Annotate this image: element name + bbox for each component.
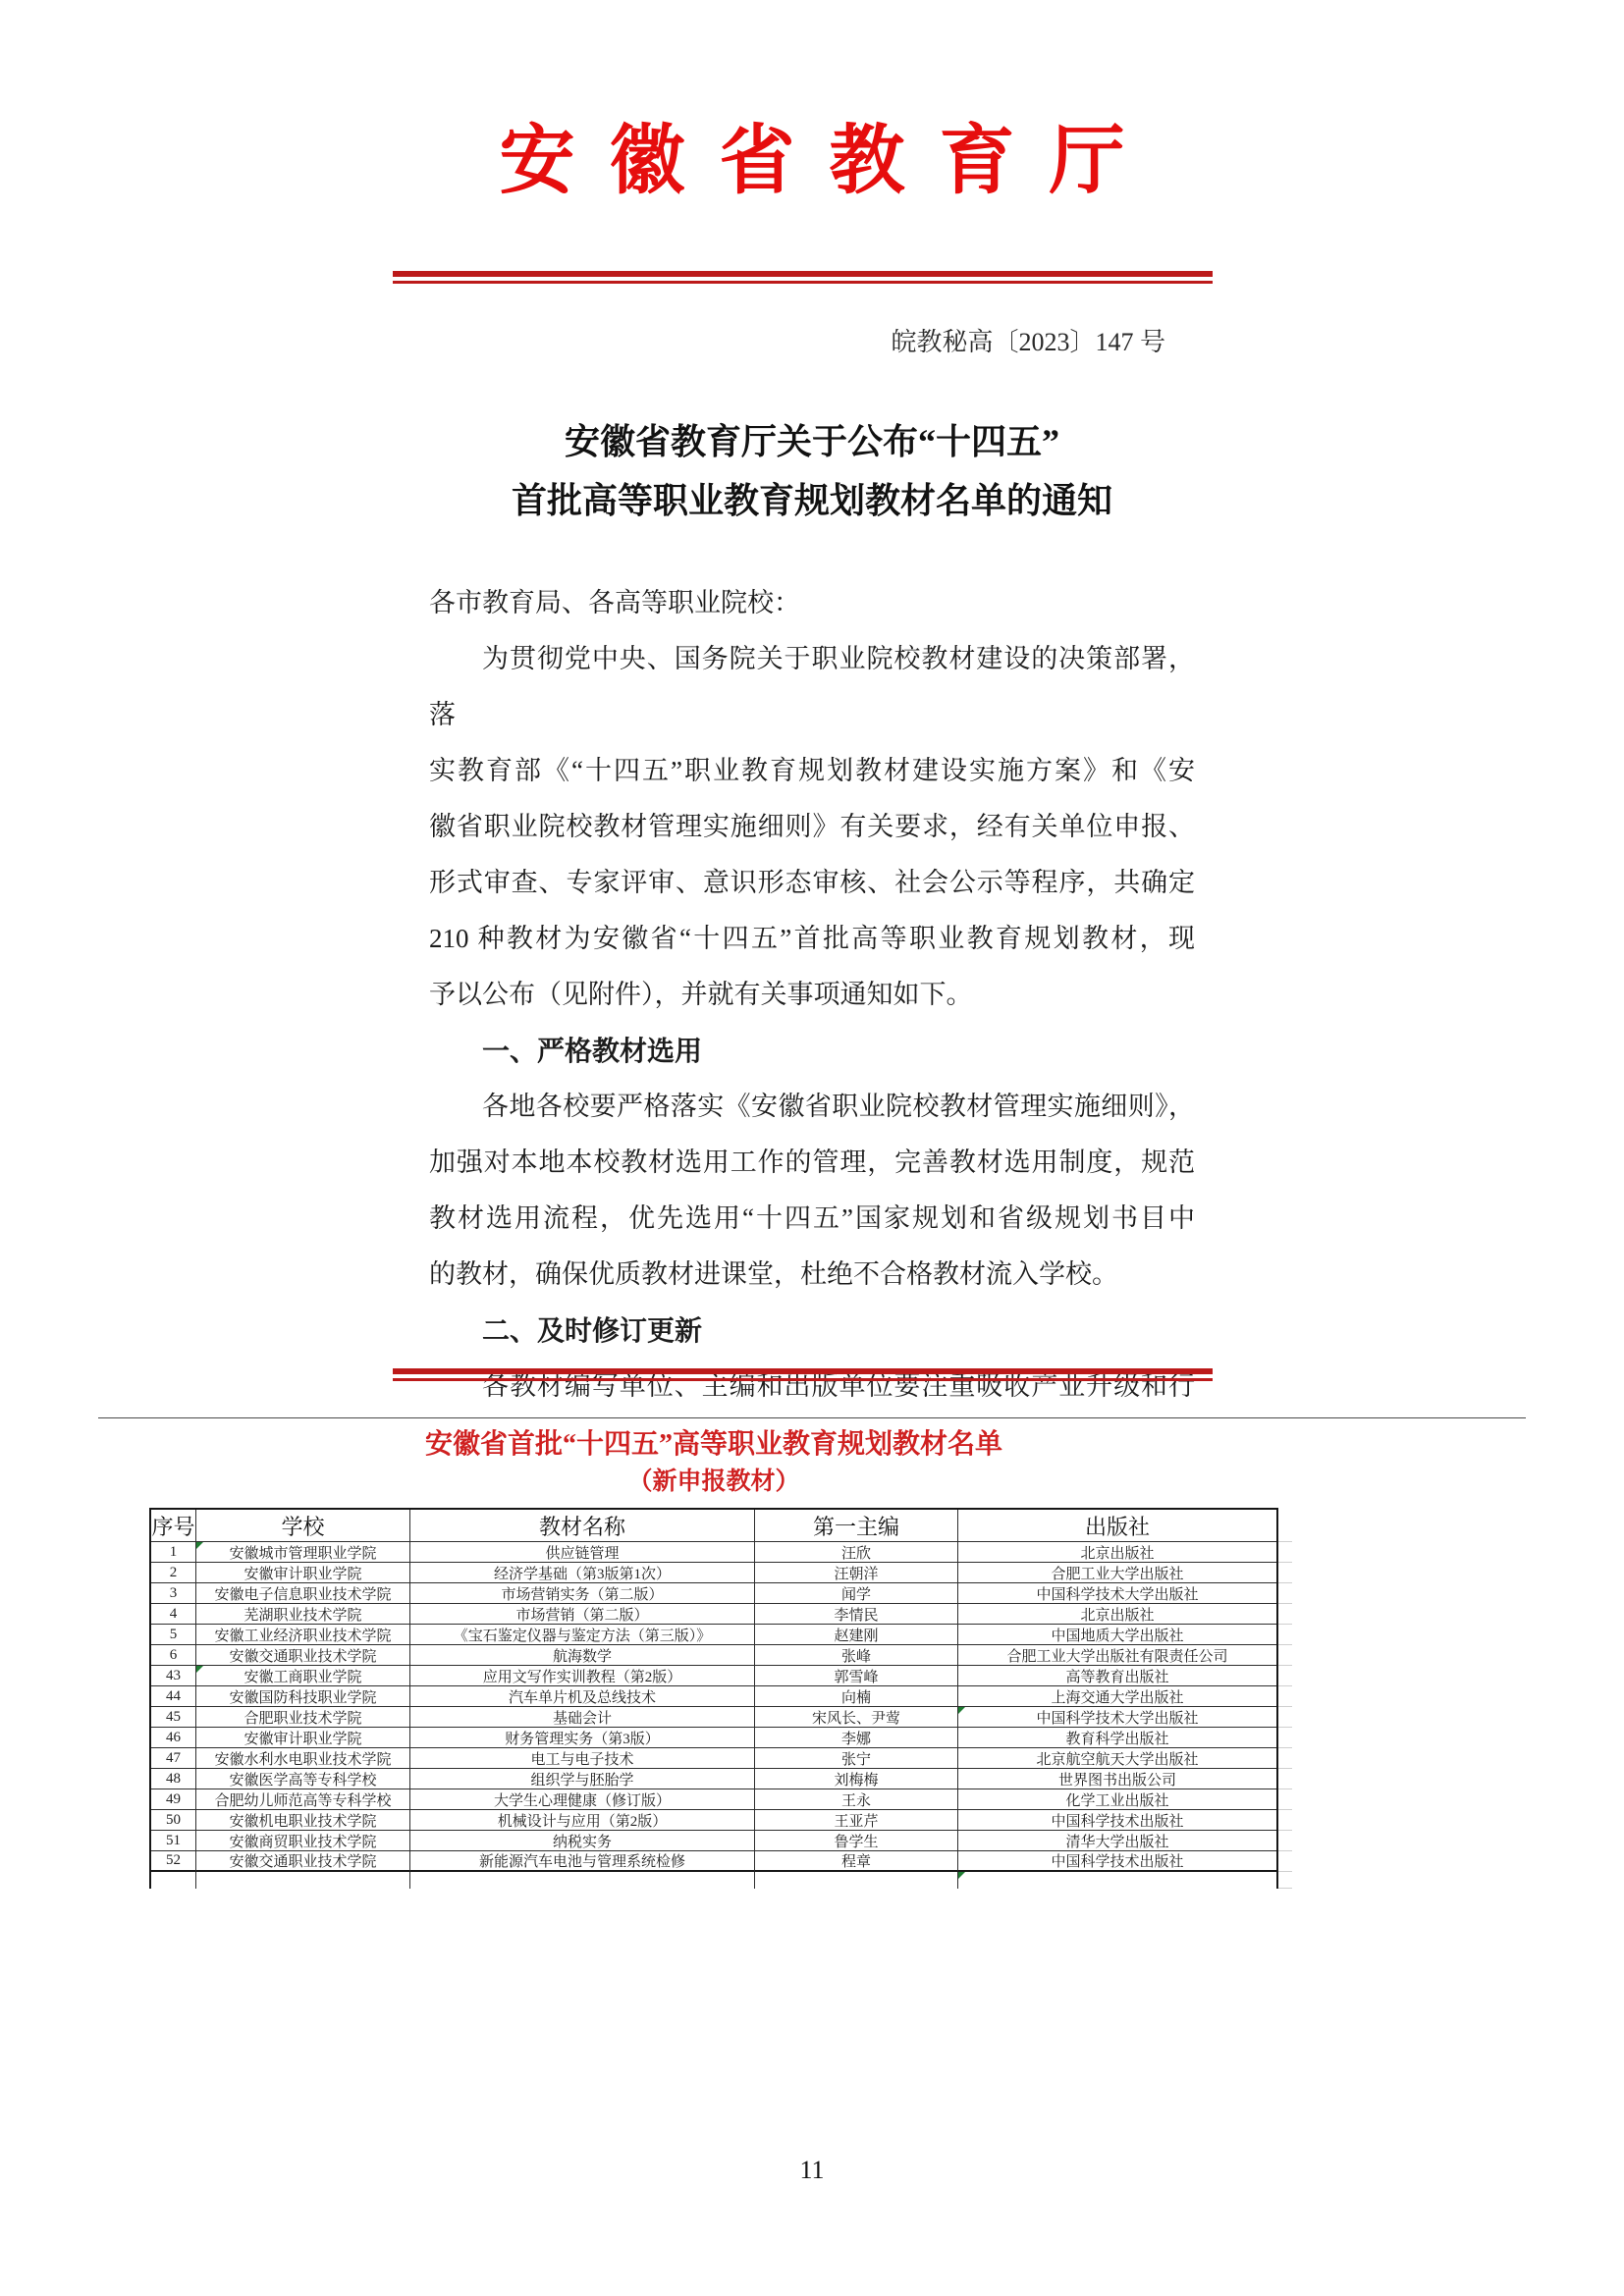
cell-school: 安徽水利水电职业技术学院 [196, 1748, 410, 1769]
cell-editor: 宋风长、尹莺 [755, 1707, 958, 1728]
cell-editor: 向楠 [755, 1686, 958, 1707]
table-row: 46安徽审计职业学院财务管理实务（第3版）李娜教育科学出版社 [151, 1728, 1292, 1748]
cell-publisher: 高等教育出版社 [958, 1666, 1276, 1686]
table-row: 50安徽机电职业技术学院机械设计与应用（第2版）王亚芹中国科学技术出版社 [151, 1810, 1292, 1831]
ghost-gridline-tick [1278, 1870, 1292, 1872]
cell-book: 教材名称 [410, 1510, 755, 1542]
cell-no: 序号 [151, 1510, 196, 1542]
cell-book: 市场营销（第二版） [410, 1604, 755, 1625]
cell-publisher [958, 1872, 1276, 1889]
cell-publisher: 教育科学出版社 [958, 1728, 1276, 1748]
cell-no: 4 [151, 1604, 196, 1625]
table-row: 2安徽审计职业学院经济学基础（第3版第1次）汪朝洋合肥工业大学出版社 [151, 1563, 1292, 1583]
table-row: 52安徽交通职业技术学院新能源汽车电池与管理系统检修程章中国科学技术出版社 [151, 1851, 1292, 1872]
cell-publisher: 出版社 [958, 1510, 1276, 1542]
letter-body: 各市教育局、各高等职业院校：为贯彻党中央、国务院关于职业院校教材建设的决策部署，… [429, 575, 1195, 1415]
body-line: 的教材，确保优质教材进课堂，杜绝不合格教材流入学校。 [429, 1247, 1195, 1303]
cell-book: 应用文写作实训教程（第2版） [410, 1666, 755, 1686]
cell-publisher: 中国科学技术出版社 [958, 1851, 1276, 1872]
cell-book: 基础会计 [410, 1707, 755, 1728]
cell-no: 6 [151, 1645, 196, 1666]
cell-school: 安徽医学高等专科学校 [196, 1769, 410, 1789]
table-row: 3安徽电子信息职业技术学院市场营销实务（第二版）闻学中国科学技术大学出版社 [151, 1583, 1292, 1604]
section-heading: 二、及时修订更新 [429, 1303, 1195, 1359]
table-row: 5安徽工业经济职业技术学院《宝石鉴定仪器与鉴定方法（第三版）》赵建刚中国地质大学… [151, 1625, 1292, 1645]
body-line: 加强对本地本校教材选用工作的管理，完善教材选用制度，规范 [429, 1135, 1195, 1191]
cell-book: 纳税实务 [410, 1831, 755, 1851]
cell-editor: 刘梅梅 [755, 1769, 958, 1789]
cell-school: 安徽交通职业技术学院 [196, 1851, 410, 1872]
cell-book [410, 1872, 755, 1889]
cell-no: 50 [151, 1810, 196, 1831]
page-number: 11 [0, 2156, 1624, 2185]
ghost-gridline-tick [1278, 1540, 1292, 1542]
cell-book: 供应链管理 [410, 1542, 755, 1563]
attachment-separator-rule [393, 1368, 1213, 1381]
cell-publisher: 北京航空航天大学出版社 [958, 1748, 1276, 1769]
cell-school: 安徽电子信息职业技术学院 [196, 1583, 410, 1604]
cell-no [151, 1872, 196, 1889]
cell-school: 安徽审计职业学院 [196, 1728, 410, 1748]
table-row: 51安徽商贸职业技术学院纳税实务鲁学生清华大学出版社 [151, 1831, 1292, 1851]
table-row: 4芜湖职业技术学院市场营销（第二版）李情民北京出版社 [151, 1604, 1292, 1625]
table-row: 43安徽工商职业学院应用文写作实训教程（第2版）郭雪峰高等教育出版社 [151, 1666, 1292, 1686]
cell-publisher: 上海交通大学出版社 [958, 1686, 1276, 1707]
table-row-partial [151, 1872, 1292, 1889]
notice-title-line2: 首批高等职业教育规划教材名单的通知 [0, 471, 1624, 530]
cell-book: 航海数学 [410, 1645, 755, 1666]
cell-no: 45 [151, 1707, 196, 1728]
cell-no: 47 [151, 1748, 196, 1769]
cell-publisher: 中国科学技术大学出版社 [958, 1583, 1276, 1604]
cell-publisher: 中国地质大学出版社 [958, 1625, 1276, 1645]
cell-no: 3 [151, 1583, 196, 1604]
green-corner-marker-icon [196, 1666, 203, 1673]
body-line: 予以公布（见附件），并就有关事项通知如下。 [429, 967, 1195, 1023]
cell-publisher: 中国科学技术大学出版社 [958, 1707, 1276, 1728]
ghost-gridline-tick [1278, 1705, 1292, 1707]
cell-school [196, 1872, 410, 1889]
ghost-gridline-tick [1278, 1887, 1292, 1889]
attachment-top-border [98, 1417, 1526, 1418]
cell-editor: 闻学 [755, 1583, 958, 1604]
cell-school: 合肥幼儿师范高等专科学校 [196, 1789, 410, 1810]
cell-publisher: 合肥工业大学出版社 [958, 1563, 1276, 1583]
green-corner-marker-icon [958, 1707, 965, 1714]
cell-editor: 李情民 [755, 1604, 958, 1625]
cell-book: 电工与电子技术 [410, 1748, 755, 1769]
ghost-gridline-tick [1278, 1829, 1292, 1831]
cell-school: 安徽工商职业学院 [196, 1666, 410, 1686]
cell-school: 学校 [196, 1510, 410, 1542]
ghost-gridline-tick [1278, 1561, 1292, 1563]
notice-title: 安徽省教育厅关于公布“十四五” 首批高等职业教育规划教材名单的通知 [0, 412, 1624, 530]
cell-editor: 张峰 [755, 1645, 958, 1666]
attachment-table-title: 安徽省首批“十四五”高等职业教育规划教材名单 [149, 1425, 1278, 1465]
cell-publisher: 中国科学技术出版社 [958, 1810, 1276, 1831]
cell-editor: 李娜 [755, 1728, 958, 1748]
cell-no: 46 [151, 1728, 196, 1748]
body-line: 各地各校要严格落实《安徽省职业院校教材管理实施细则》， [429, 1079, 1195, 1135]
ghost-gridline-tick [1278, 1684, 1292, 1686]
green-corner-marker-icon [196, 1542, 203, 1549]
cell-book: 新能源汽车电池与管理系统检修 [410, 1851, 755, 1872]
table-row: 48安徽医学高等专科学校组织学与胚胎学刘梅梅世界图书出版公司 [151, 1769, 1292, 1789]
cell-editor: 汪欣 [755, 1542, 958, 1563]
body-line: 为贯彻党中央、国务院关于职业院校教材建设的决策部署，落 [429, 631, 1195, 743]
cell-editor: 赵建刚 [755, 1625, 958, 1645]
ghost-gridline-tick [1278, 1643, 1292, 1645]
cell-no: 44 [151, 1686, 196, 1707]
table-row: 47安徽水利水电职业技术学院电工与电子技术张宁北京航空航天大学出版社 [151, 1748, 1292, 1769]
letterhead-red-rule [393, 271, 1213, 284]
cell-school: 安徽审计职业学院 [196, 1563, 410, 1583]
ghost-gridline-tick [1278, 1581, 1292, 1583]
ghost-gridline-tick [1278, 1808, 1292, 1810]
body-line: 教材选用流程，优先选用“十四五”国家规划和省级规划书目中 [429, 1191, 1195, 1247]
cell-book: 大学生心理健康（修订版） [410, 1789, 755, 1810]
cell-publisher: 世界图书出版公司 [958, 1769, 1276, 1789]
cell-no: 1 [151, 1542, 196, 1563]
cell-school: 安徽商贸职业技术学院 [196, 1831, 410, 1851]
cell-no: 2 [151, 1563, 196, 1583]
cell-no: 5 [151, 1625, 196, 1645]
ghost-gridline-tick [1278, 1602, 1292, 1604]
table-header-row: 序号学校教材名称第一主编出版社 [151, 1510, 1292, 1542]
letterhead-agency-title: 安徽省教育厅 [0, 100, 1624, 209]
notice-title-line1: 安徽省教育厅关于公布“十四五” [0, 412, 1624, 471]
cell-editor: 张宁 [755, 1748, 958, 1769]
cell-editor: 鲁学生 [755, 1831, 958, 1851]
body-line: 各教材编写单位、主编和出版单位要注重吸收产业升级和行 [429, 1359, 1195, 1415]
ghost-gridline-tick [1278, 1726, 1292, 1728]
ghost-gridline-tick [1278, 1849, 1292, 1851]
cell-editor: 汪朝洋 [755, 1563, 958, 1583]
cell-school: 安徽城市管理职业学院 [196, 1542, 410, 1563]
body-line: 形式审查、专家评审、意识形态审核、社会公示等程序，共确定 [429, 855, 1195, 911]
cell-book: 机械设计与应用（第2版） [410, 1810, 755, 1831]
ghost-gridline-tick [1278, 1623, 1292, 1625]
cell-publisher: 清华大学出版社 [958, 1831, 1276, 1851]
attachment-table-subtitle: （新申报教材） [149, 1465, 1278, 1500]
cell-book: 经济学基础（第3版第1次） [410, 1563, 755, 1583]
salutation: 各市教育局、各高等职业院校： [429, 575, 1195, 631]
cell-publisher: 化学工业出版社 [958, 1789, 1276, 1810]
cell-school: 芜湖职业技术学院 [196, 1604, 410, 1625]
section-heading: 一、严格教材选用 [429, 1023, 1195, 1079]
body-line: 实教育部《“十四五”职业教育规划教材建设实施方案》和《安 [429, 743, 1195, 799]
cell-editor: 王永 [755, 1789, 958, 1810]
cell-editor: 王亚芹 [755, 1810, 958, 1831]
cell-book: 组织学与胚胎学 [410, 1769, 755, 1789]
cell-school: 安徽国防科技职业学院 [196, 1686, 410, 1707]
cell-school: 安徽机电职业技术学院 [196, 1810, 410, 1831]
table-row: 1安徽城市管理职业学院供应链管理汪欣北京出版社 [151, 1542, 1292, 1563]
cell-book: 汽车单片机及总线技术 [410, 1686, 755, 1707]
cell-school: 安徽工业经济职业技术学院 [196, 1625, 410, 1645]
table-row: 45合肥职业技术学院基础会计宋风长、尹莺中国科学技术大学出版社 [151, 1707, 1292, 1728]
table-row: 49合肥幼儿师范高等专科学校大学生心理健康（修订版）王永化学工业出版社 [151, 1789, 1292, 1810]
cell-publisher: 合肥工业大学出版社有限责任公司 [958, 1645, 1276, 1666]
cell-no: 51 [151, 1831, 196, 1851]
body-line: 210 种教材为安徽省“十四五”首批高等职业教育规划教材，现 [429, 911, 1195, 967]
ghost-gridline-tick [1278, 1664, 1292, 1666]
doc-number: 皖教秘高〔2023〕147 号 [393, 322, 1213, 358]
ghost-gridline-tick [1278, 1746, 1292, 1748]
cell-editor: 程章 [755, 1851, 958, 1872]
cell-publisher: 北京出版社 [958, 1542, 1276, 1563]
cell-book: 《宝石鉴定仪器与鉴定方法（第三版）》 [410, 1625, 755, 1645]
cell-book: 财务管理实务（第3版） [410, 1728, 755, 1748]
cell-editor: 第一主编 [755, 1510, 958, 1542]
cell-no: 48 [151, 1769, 196, 1789]
body-line: 徽省职业院校教材管理实施细则》有关要求，经有关单位申报、 [429, 799, 1195, 855]
cell-no: 52 [151, 1851, 196, 1872]
cell-no: 43 [151, 1666, 196, 1686]
ghost-gridline-tick [1278, 1788, 1292, 1789]
cell-editor: 郭雪峰 [755, 1666, 958, 1686]
table-row: 6安徽交通职业技术学院航海数学张峰合肥工业大学出版社有限责任公司 [151, 1645, 1292, 1666]
cell-book: 市场营销实务（第二版） [410, 1583, 755, 1604]
cell-no: 49 [151, 1789, 196, 1810]
cell-school: 安徽交通职业技术学院 [196, 1645, 410, 1666]
cell-editor [755, 1872, 958, 1889]
table-row: 44安徽国防科技职业学院汽车单片机及总线技术向楠上海交通大学出版社 [151, 1686, 1292, 1707]
cell-school: 合肥职业技术学院 [196, 1707, 410, 1728]
ghost-gridline-tick [1278, 1767, 1292, 1769]
cell-publisher: 北京出版社 [958, 1604, 1276, 1625]
green-corner-marker-icon [958, 1872, 965, 1879]
textbook-table: 序号学校教材名称第一主编出版社1安徽城市管理职业学院供应链管理汪欣北京出版社2安… [149, 1508, 1278, 1889]
document-page: 安徽省教育厅 皖教秘高〔2023〕147 号 安徽省教育厅关于公布“十四五” 首… [0, 0, 1624, 2296]
